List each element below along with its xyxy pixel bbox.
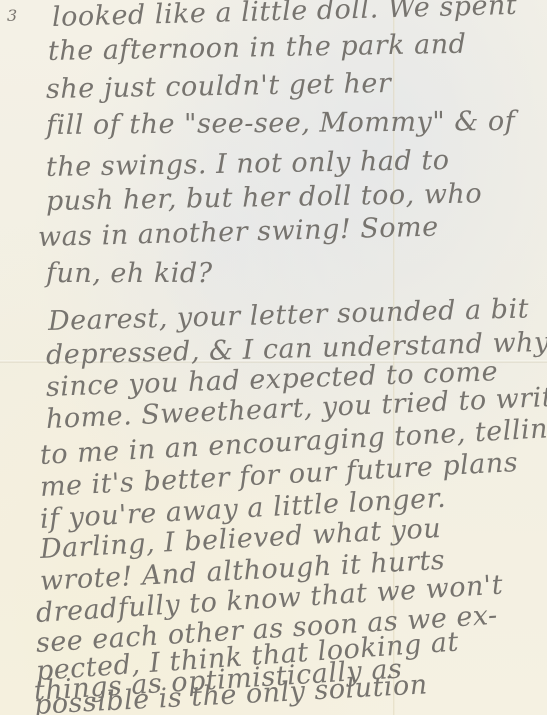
letter-line: fill of the "see-see, Mommy" & of bbox=[46, 106, 515, 141]
letter-line: the afternoon in the park and bbox=[48, 29, 467, 67]
letter-line: she just couldn't get her bbox=[46, 68, 392, 105]
letter-line: fun, eh kid? bbox=[46, 258, 213, 289]
letter-line: the swings. I not only had to bbox=[46, 145, 450, 183]
letter-body: looked like a little doll. We spent the … bbox=[0, 0, 547, 715]
letter-line: was in another swing! Some bbox=[38, 212, 439, 253]
letter-page: 3 looked like a little doll. We spent th… bbox=[0, 0, 547, 715]
